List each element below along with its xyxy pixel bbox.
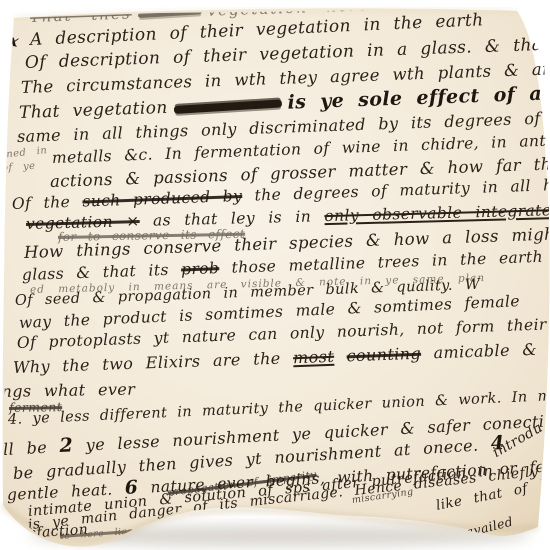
- pillow-product-photo: That thesvegetation here was not underst…: [0, 0, 550, 550]
- script-text: amicable & w: [433, 339, 550, 363]
- underlined-text: only observable integrate: [324, 201, 550, 225]
- ink-blot: [173, 99, 281, 114]
- manuscript-print: That thesvegetation here was not underst…: [0, 0, 550, 550]
- struck-text: counting: [346, 344, 421, 366]
- script-text: Of the: [12, 193, 71, 213]
- script-text: 2: [59, 433, 74, 457]
- script-text: Why the two Elixirs are the: [13, 349, 281, 377]
- script-line: ings what ever: [0, 380, 135, 401]
- script-text: That vegetation: [19, 98, 168, 123]
- struck-text: prob: [181, 259, 220, 278]
- underlined-text: most: [293, 347, 335, 367]
- script-text: ll be: [3, 438, 48, 459]
- struck-text: such produced by: [82, 187, 242, 211]
